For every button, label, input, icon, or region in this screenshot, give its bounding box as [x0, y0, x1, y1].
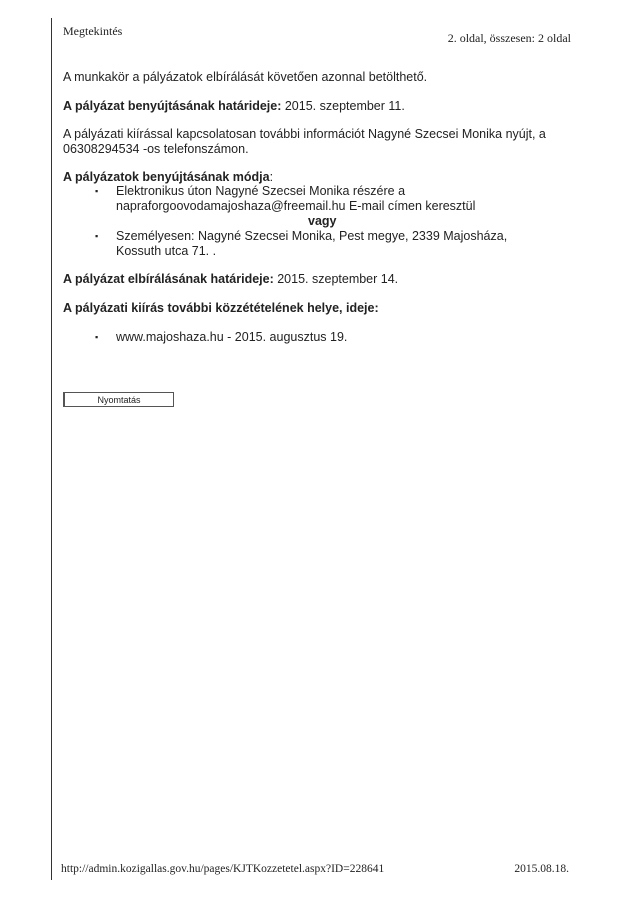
submission-deadline-value: 2015. szeptember 11.	[285, 99, 405, 113]
contact-info-paragraph: A pályázati kiírással kapcsolatosan tová…	[63, 127, 583, 157]
left-margin-rule	[51, 18, 52, 880]
evaluation-deadline-value: 2015. szeptember 14.	[277, 272, 398, 286]
intro-paragraph: A munkakör a pályázatok elbírálását köve…	[63, 70, 583, 85]
evaluation-deadline-label: A pályázat elbírálásának határideje:	[63, 272, 274, 286]
submission-deadline-label: A pályázat benyújtásának határideje:	[63, 99, 281, 113]
contact-info-line-1: A pályázati kiírással kapcsolatosan tová…	[63, 127, 583, 142]
page-header-title: Megtekintés	[63, 24, 122, 39]
personal-line-2: Kossuth utca 71. .	[116, 244, 555, 259]
submission-deadline: A pályázat benyújtásának határideje: 201…	[63, 99, 583, 114]
publication-heading: A pályázati kiírás további közzétételéne…	[63, 301, 583, 316]
electronic-line-1: Elektronikus úton Nagyné Szecsei Monika …	[116, 184, 555, 199]
footer-url: http://admin.kozigallas.gov.hu/pages/KJT…	[61, 863, 384, 875]
or-separator: vagy	[308, 214, 337, 228]
bullet-icon: ▪	[95, 229, 98, 244]
bullet-icon: ▪	[95, 184, 98, 199]
electronic-line-2: napraforgoovodamajoshaza@freemail.hu E-m…	[116, 199, 555, 214]
submission-method-label: A pályázatok benyújtásának módja	[63, 170, 270, 184]
footer-date: 2015.08.18.	[514, 863, 569, 875]
page-number-info: 2. oldal, összesen: 2 oldal	[448, 31, 571, 46]
submission-method-item-personal: ▪ Személyesen: Nagyné Szecsei Monika, Pe…	[95, 229, 555, 259]
submission-method-item-electronic: ▪ Elektronikus úton Nagyné Szecsei Monik…	[95, 184, 555, 214]
contact-info-line-2: 06308294534 -os telefonszámon.	[63, 142, 583, 157]
print-button[interactable]: Nyomtatás	[63, 392, 174, 407]
evaluation-deadline: A pályázat elbírálásának határideje: 201…	[63, 272, 583, 287]
submission-method-heading: A pályázatok benyújtásának módja:	[63, 170, 583, 185]
submission-method-colon: :	[270, 170, 273, 184]
publication-item: ▪ www.majoshaza.hu - 2015. augusztus 19.	[95, 330, 555, 345]
personal-line-1: Személyesen: Nagyné Szecsei Monika, Pest…	[116, 229, 555, 244]
bullet-icon: ▪	[95, 330, 98, 345]
publication-item-text: www.majoshaza.hu - 2015. augusztus 19.	[116, 330, 555, 345]
